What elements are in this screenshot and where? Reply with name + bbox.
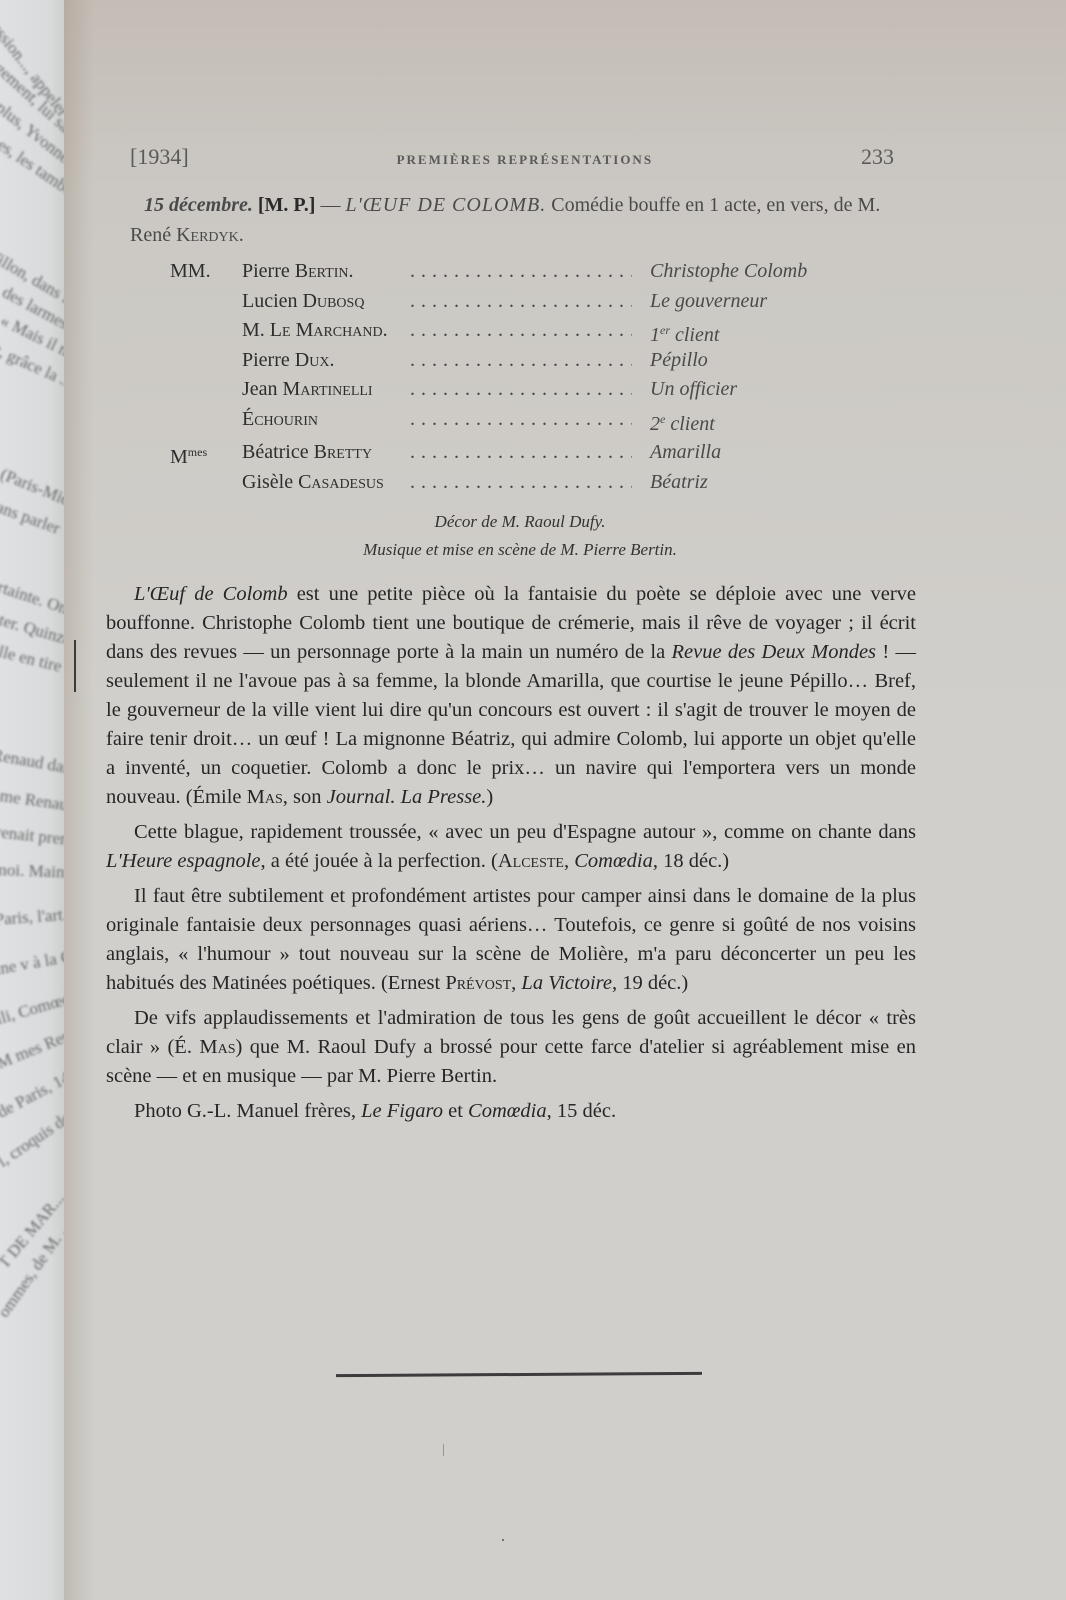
prefix-superscript: mes — [188, 445, 207, 459]
facing-line: moi. Maintenant... — [0, 860, 72, 884]
dot-leader: ......................... — [410, 316, 632, 345]
punctuation: . — [348, 260, 353, 282]
prefix-letter: M — [170, 446, 188, 468]
paragraph-3: Il faut être subtilement et profondément… — [106, 882, 916, 998]
facing-line: Paris, l'art... — [0, 904, 72, 930]
actor-given: Gisèle — [242, 471, 293, 493]
cast-list: MM. Pierre Bertin. .....................… — [170, 257, 870, 497]
text-run: , a été jouée à la perfection. ( — [261, 850, 498, 872]
actor-given: M. — [242, 319, 265, 341]
paragraph-2: Cette blague, rapidement troussée, « ave… — [106, 818, 916, 876]
text-run: , 15 déc. — [547, 1100, 616, 1122]
photo-credit: Photo G.-L. Manuel frères, Le Figaro et … — [106, 1097, 916, 1126]
facing-line: venait prendre ... — [0, 822, 72, 854]
dot-leader: ......................... — [410, 346, 632, 375]
role-text: client — [670, 324, 719, 346]
entry-date: 15 décembre. — [144, 194, 253, 216]
facing-line: lli, Comœdia. 18... — [0, 975, 72, 1029]
dot-leader: ......................... — [410, 438, 632, 467]
play-title-ref: L'Œuf de Colomb — [134, 583, 288, 605]
entry-dash: — — [320, 194, 340, 216]
review-body: L'Œuf de Colomb est une petite pièce où … — [106, 580, 916, 1132]
cast-row: Lucien Dubosq ......................... … — [170, 287, 870, 317]
text-run: Photo G.-L. Manuel frères, — [134, 1100, 361, 1122]
critic-name: Mas — [247, 786, 283, 808]
text-run: ) — [486, 786, 493, 808]
actor-name: Lucien Dubosq — [242, 287, 364, 316]
page-number: 233 — [861, 144, 894, 170]
punctuation: . — [329, 349, 334, 371]
role-name: Amarilla — [650, 438, 721, 467]
paper-mark — [443, 1444, 444, 1456]
source-ref: La Victoire — [521, 972, 612, 994]
actor-given: Béatrice — [242, 441, 309, 463]
actor-surname: Bretty — [314, 441, 372, 463]
production-credits: Décor de M. Raoul Dufy. Musique et mise … — [200, 508, 840, 564]
running-header: [1934] Premières représentations 233 — [130, 144, 894, 174]
role-name: Le gouverneur — [650, 287, 767, 316]
work-ref: L'Heure espagnole — [106, 850, 261, 872]
actor-surname: Martinelli — [283, 378, 373, 400]
text-run: , — [564, 850, 574, 872]
actor-name: Pierre Dux. — [242, 346, 334, 375]
actor-surname: Le Marchand — [270, 319, 383, 341]
actor-name: Échourin — [242, 405, 318, 434]
punctuation: . — [239, 224, 244, 246]
source-ref: Journal. La Presse. — [327, 786, 487, 808]
source-ref: Le Figaro — [361, 1100, 443, 1122]
text-run: Cette blague, rapidement troussée, « ave… — [134, 821, 916, 843]
cast-prefix: MM. — [170, 257, 240, 286]
cast-row: Jean Martinelli ........................… — [170, 375, 870, 405]
dot-leader: ......................... — [410, 375, 632, 404]
author-surname: Kerdyk — [176, 224, 239, 246]
text-run: , — [511, 972, 521, 994]
role-number: 2 — [650, 413, 660, 435]
play-title: L'ŒUF DE COLOMB. — [345, 194, 546, 216]
cast-row: Mmes Béatrice Bretty ...................… — [170, 438, 870, 468]
role-name: Christophe Colomb — [650, 257, 807, 286]
actor-name: Gisèle Casadesus — [242, 468, 384, 497]
paper-speck — [502, 1539, 504, 1541]
publication-ref: Revue des Deux Mondes — [672, 641, 877, 663]
paragraph-4: De vifs applaudissements et l'admiration… — [106, 1004, 916, 1091]
actor-surname: Dubosq — [303, 290, 365, 312]
cast-row: Échourin ......................... 2e cl… — [170, 405, 870, 435]
actor-surname: Casadesus — [298, 471, 384, 493]
music-credit: Musique et mise en scène de M. Pierre Be… — [200, 536, 840, 564]
source-ref: Comœdia — [574, 850, 653, 872]
critic-name: Mas — [199, 1036, 235, 1058]
dot-leader: ......................... — [410, 257, 632, 286]
actor-given: Jean — [242, 378, 278, 400]
actor-name: Pierre Bertin. — [242, 257, 353, 286]
facing-line: ine v à la Comé... — [0, 939, 72, 979]
actor-given: Pierre — [242, 260, 290, 282]
facing-page: ...ussion..., appeler ...gement, lui sau… — [0, 0, 72, 1600]
header-title: Premières représentations — [397, 152, 653, 168]
source-ref: Comœdia — [468, 1100, 547, 1122]
entry-heading: 15 décembre. [M. P.] — L'ŒUF DE COLOMB. … — [130, 190, 900, 250]
role-number: 1 — [650, 324, 660, 346]
dot-leader: ......................... — [410, 468, 632, 497]
critic-name: Prévost — [445, 972, 511, 994]
actor-given: Lucien — [242, 290, 298, 312]
entry-theatre: [M. P.] — [258, 194, 316, 216]
text-run: et — [443, 1100, 468, 1122]
text-run: , 19 déc.) — [612, 972, 688, 994]
role-name: Un officier — [650, 375, 737, 404]
header-year: [1934] — [130, 144, 189, 170]
role-superscript: er — [660, 323, 670, 337]
dot-leader: ......................... — [410, 287, 632, 316]
cast-row: Gisèle Casadesus .......................… — [170, 468, 870, 498]
role-name: Béatriz — [650, 468, 708, 497]
actor-name: Jean Martinelli — [242, 375, 373, 404]
text-run: ! — seulement il ne l'avoue pas à sa fem… — [106, 641, 916, 808]
paragraph-1: L'Œuf de Colomb est une petite pièce où … — [106, 580, 916, 812]
facing-line: ame Renaud i... — [0, 785, 72, 820]
critic-name: Alceste — [498, 850, 564, 872]
gutter-shadow — [64, 0, 94, 1600]
role-name: 2e client — [650, 405, 715, 439]
cast-row: MM. Pierre Bertin. .....................… — [170, 257, 870, 287]
actor-name: Béatrice Bretty — [242, 438, 372, 467]
facing-line: Renaud dans le... — [0, 745, 72, 785]
text-run: , son — [283, 786, 327, 808]
punctuation: . — [383, 319, 388, 341]
decor-credit: Décor de M. Raoul Dufy. — [200, 508, 840, 536]
cast-row: M. Le Marchand. ........................… — [170, 316, 870, 346]
margin-bar — [74, 640, 76, 692]
role-name: Pépillo — [650, 346, 708, 375]
text-run: , 18 déc.) — [653, 850, 729, 872]
dot-leader: ......................... — [410, 405, 632, 434]
actor-surname: Échourin — [242, 408, 318, 430]
role-text: client — [665, 413, 714, 435]
actor-given: Pierre — [242, 349, 290, 371]
actor-surname: Dux — [295, 349, 330, 371]
actor-name: M. Le Marchand. — [242, 316, 388, 345]
actor-surname: Bertin — [295, 260, 349, 282]
cast-row: Pierre Dux. ......................... Pé… — [170, 346, 870, 376]
